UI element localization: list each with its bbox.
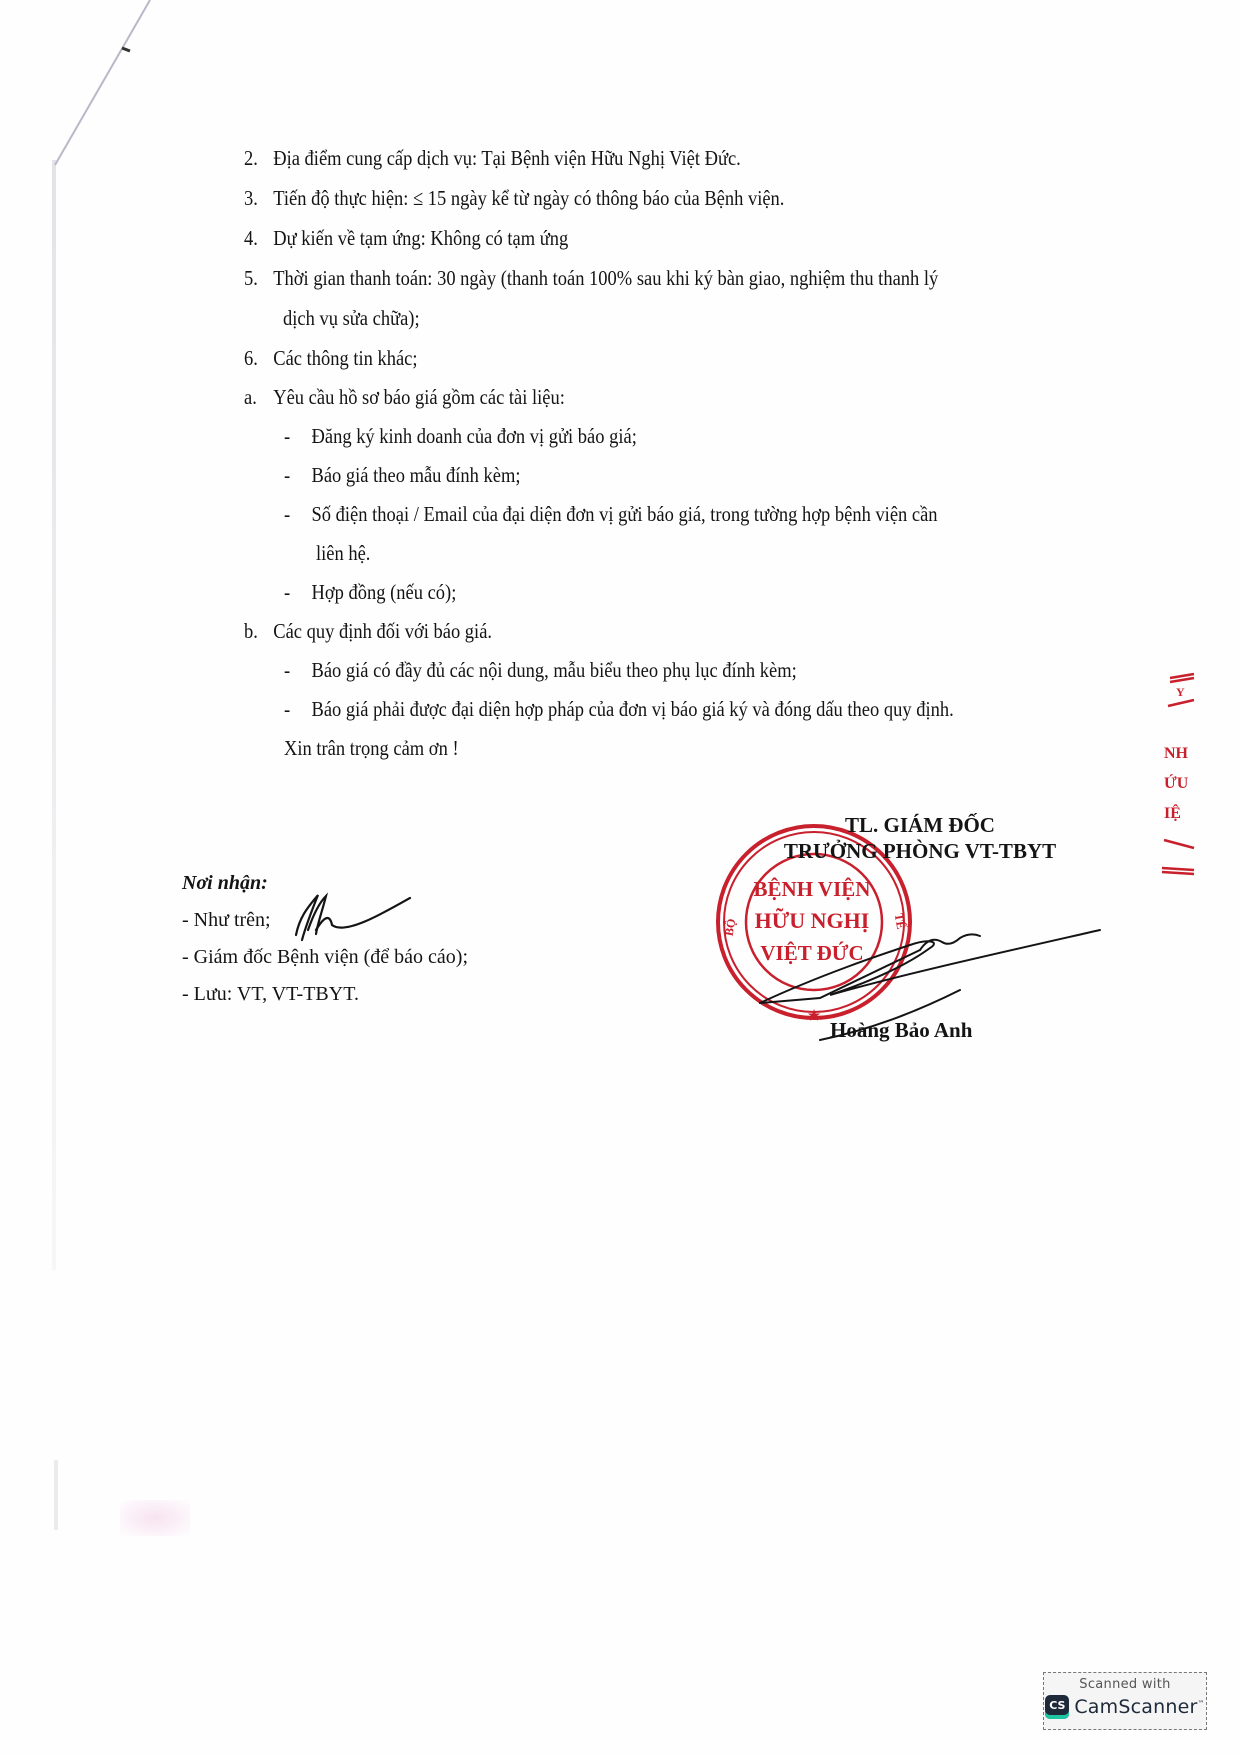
item-number: 5.	[244, 268, 273, 290]
svg-text:★: ★	[808, 1008, 821, 1024]
item-text: Địa điểm cung cấp dịch vụ: Tại Bệnh viện…	[273, 146, 741, 170]
watermark-brand: CamScanner™	[1074, 1696, 1204, 1718]
item-text: Thời gian thanh toán: 30 ngày (thanh toá…	[273, 266, 938, 290]
camscanner-watermark: Scanned with CS CamScanner™	[1043, 1672, 1207, 1730]
scan-edge-artifact	[54, 1460, 58, 1530]
item-number: 3.	[244, 188, 273, 210]
bullet-dash: -	[284, 660, 312, 682]
stamp-text-line: VIỆT ĐỨC	[760, 941, 863, 965]
bullet-text: Số điện thoại / Email của đại diện đơn v…	[312, 502, 938, 526]
stamp-edge-text: TẾ	[892, 912, 910, 930]
signature-position: TRƯỞNG PHÒNG VT-TBYT	[770, 838, 1070, 864]
list-item-continuation: dịch vụ sửa chữa);	[283, 308, 420, 330]
bullet-item: -Báo giá theo mẫu đính kèm;	[284, 465, 521, 487]
signer-name: Hoàng Bảo Anh	[830, 1018, 972, 1043]
closing-text: Xin trân trọng cảm ơn !	[284, 738, 459, 760]
item-text: Các thông tin khác;	[273, 346, 417, 370]
bullet-continuation: liên hệ.	[316, 543, 370, 565]
list-item: 5.Thời gian thanh toán: 30 ngày (thanh t…	[244, 268, 938, 290]
stamp-text-line: BỆNH VIỆN	[754, 877, 871, 901]
item-number: 6.	[244, 348, 273, 370]
recipient-item: - Giám đốc Bệnh viện (để báo cáo);	[182, 946, 468, 983]
bullet-text: Hợp đồng (nếu có);	[312, 580, 457, 604]
bullet-item: -Báo giá phải được đại diện hợp pháp của…	[284, 699, 954, 721]
section-heading-text: Yêu cầu hồ sơ báo giá gồm các tài liệu:	[273, 385, 565, 409]
section-marker: b.	[244, 621, 273, 643]
scan-fold-line	[0, 0, 160, 200]
bullet-dash: -	[284, 465, 312, 487]
camscanner-logo-icon: CS	[1045, 1695, 1069, 1719]
scan-edge-artifact	[52, 160, 56, 1270]
item-text: Dự kiến về tạm ứng: Không có tạm ứng	[273, 226, 568, 250]
item-number: 2.	[244, 148, 273, 170]
bullet-item: -Số điện thoại / Email của đại diện đơn …	[284, 504, 938, 526]
signature-title: TL. GIÁM ĐỐC	[770, 812, 1070, 838]
bullet-text: Báo giá theo mẫu đính kèm;	[312, 463, 521, 487]
bullet-item: -Báo giá có đầy đủ các nội dung, mẫu biể…	[284, 660, 797, 682]
stamp-fragment-text: NH	[1164, 745, 1189, 762]
section-heading-text: Các quy định đối với báo giá.	[273, 619, 492, 643]
list-item: 3.Tiến độ thực hiện: ≤ 15 ngày kể từ ngà…	[244, 188, 784, 210]
list-item: 4.Dự kiến về tạm ứng: Không có tạm ứng	[244, 228, 568, 250]
stamp-edge-text: BỘ	[722, 918, 739, 938]
watermark-caption: Scanned with	[1044, 1677, 1206, 1692]
list-item: 6.Các thông tin khác;	[244, 348, 418, 370]
stamp-fragment-text: Y	[1176, 685, 1185, 699]
section-b-heading: b.Các quy định đối với báo giá.	[244, 621, 492, 643]
stamp-text-line: HỮU NGHỊ	[755, 908, 870, 933]
stamp-fragment-text: ỨU	[1164, 773, 1189, 792]
edge-stamp-fragment: Y NH ỨU IỆ	[1150, 660, 1240, 890]
recipients-block: Nơi nhận: - Như trên; - Giám đốc Bệnh vi…	[182, 872, 468, 1020]
bullet-text: Đăng ký kinh doanh của đơn vị gửi báo gi…	[312, 424, 637, 448]
recipients-title: Nơi nhận:	[182, 872, 468, 909]
bullet-dash: -	[284, 426, 312, 448]
recipient-item: - Như trên;	[182, 909, 468, 946]
signature-block: TL. GIÁM ĐỐC TRƯỞNG PHÒNG VT-TBYT	[770, 812, 1070, 864]
section-marker: a.	[244, 387, 273, 409]
scan-smudge	[120, 1500, 190, 1536]
recipient-item: - Lưu: VT, VT-TBYT.	[182, 983, 468, 1020]
item-number: 4.	[244, 228, 273, 250]
bullet-dash: -	[284, 582, 312, 604]
bullet-dash: -	[284, 699, 312, 721]
list-item: 2.Địa điểm cung cấp dịch vụ: Tại Bệnh vi…	[244, 148, 741, 170]
bullet-item: -Hợp đồng (nếu có);	[284, 582, 456, 604]
bullet-text: Báo giá phải được đại diện hợp pháp của …	[312, 697, 954, 721]
bullet-text: Báo giá có đầy đủ các nội dung, mẫu biểu…	[312, 658, 797, 682]
section-a-heading: a.Yêu cầu hồ sơ báo giá gồm các tài liệu…	[244, 387, 565, 409]
bullet-dash: -	[284, 504, 312, 526]
item-text: Tiến độ thực hiện: ≤ 15 ngày kể từ ngày …	[273, 186, 784, 210]
stamp-fragment-text: IỆ	[1164, 804, 1181, 822]
bullet-item: -Đăng ký kinh doanh của đơn vị gửi báo g…	[284, 426, 637, 448]
